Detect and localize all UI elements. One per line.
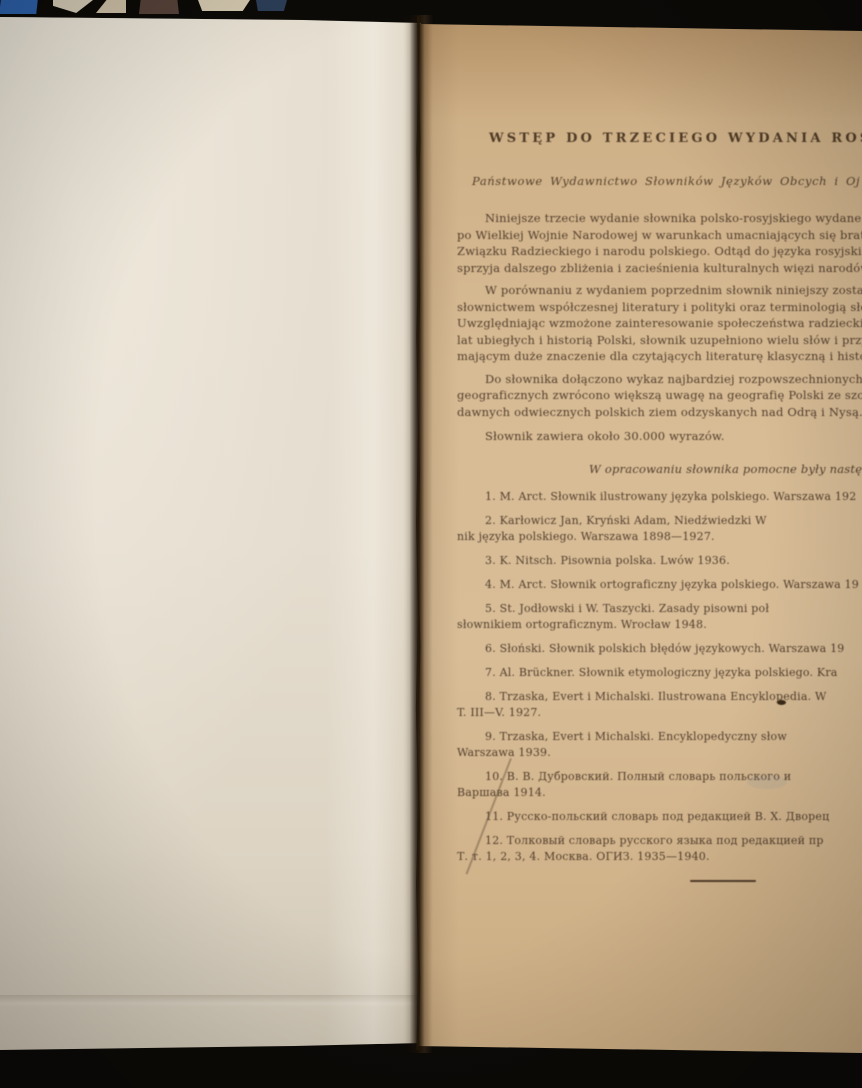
right-text-page: WSTĘP DO TRZECIEGO WYDANIA ROS Państwowe… [417, 0, 862, 1088]
paragraph: W porównaniu z wydaniem poprzednim słown… [457, 282, 862, 365]
section-end-rule [690, 880, 756, 882]
reference-item: 4. M. Arct. Słownik ortograficzny języka… [457, 577, 862, 593]
background-blue-book-spine [0, 0, 38, 14]
body-text-column: Niniejsze trzecie wydanie słownika polsk… [457, 210, 862, 865]
page-text-layer: WSTĘP DO TRZECIEGO WYDANIA ROS Państwowe… [417, 0, 862, 1088]
ink-blot [777, 700, 786, 705]
publisher-line: Państwowe Wydawnictwo Słowników Języków … [472, 174, 860, 188]
sources-heading: W opracowaniu słownika pomocne były nast… [457, 461, 862, 478]
reference-item: 3. K. Nitsch. Pisownia polska. Lwów 1936… [457, 553, 862, 569]
background-navy-book-spine [256, 0, 287, 11]
background-paper-edge [53, 0, 93, 13]
reference-item: 11. Русско-польский словарь под редакцие… [457, 809, 862, 825]
reference-item: 6. Słoński. Słownik polskich błędów języ… [457, 641, 862, 657]
background-paper-edge [96, 0, 126, 13]
reference-item: 9. Trzaska, Evert i Michalski. Encyklope… [457, 729, 862, 761]
reference-item: 1. M. Arct. Słownik ilustrowany języka p… [457, 489, 862, 505]
reference-item: 8. Trzaska, Evert i Michalski. Ilustrowa… [457, 689, 862, 721]
page-crease [0, 995, 421, 1007]
background-paper-edge [198, 0, 250, 11]
reference-item: 12. Толковый словарь русского языка под … [457, 833, 862, 865]
faint-smudge [747, 775, 787, 789]
reference-item: 10. В. В. Дубровский. Полный словарь пол… [457, 769, 862, 801]
paragraph: Niniejsze trzecie wydanie słownika polsk… [457, 210, 862, 276]
reference-list: 1. M. Arct. Słownik ilustrowany języka p… [457, 489, 862, 865]
photo-of-open-book: WSTĘP DO TRZECIEGO WYDANIA ROS Państwowe… [0, 0, 862, 1088]
left-blank-page [0, 0, 421, 1088]
chapter-title: WSTĘP DO TRZECIEGO WYDANIA ROS [489, 131, 862, 146]
background-brown-book-spine [139, 0, 179, 14]
paragraph: Do słownika dołączono wykaz najbardziej … [457, 371, 862, 421]
reference-item: 5. St. Jodłowski i W. Taszycki. Zasady p… [457, 601, 862, 633]
word-count-line: Słownik zawiera około 30.000 wyrazów. [457, 428, 862, 445]
reference-item: 2. Karłowicz Jan, Kryński Adam, Niedźwie… [457, 513, 862, 545]
reference-item: 7. Al. Brückner. Słownik etymologiczny j… [457, 665, 862, 681]
